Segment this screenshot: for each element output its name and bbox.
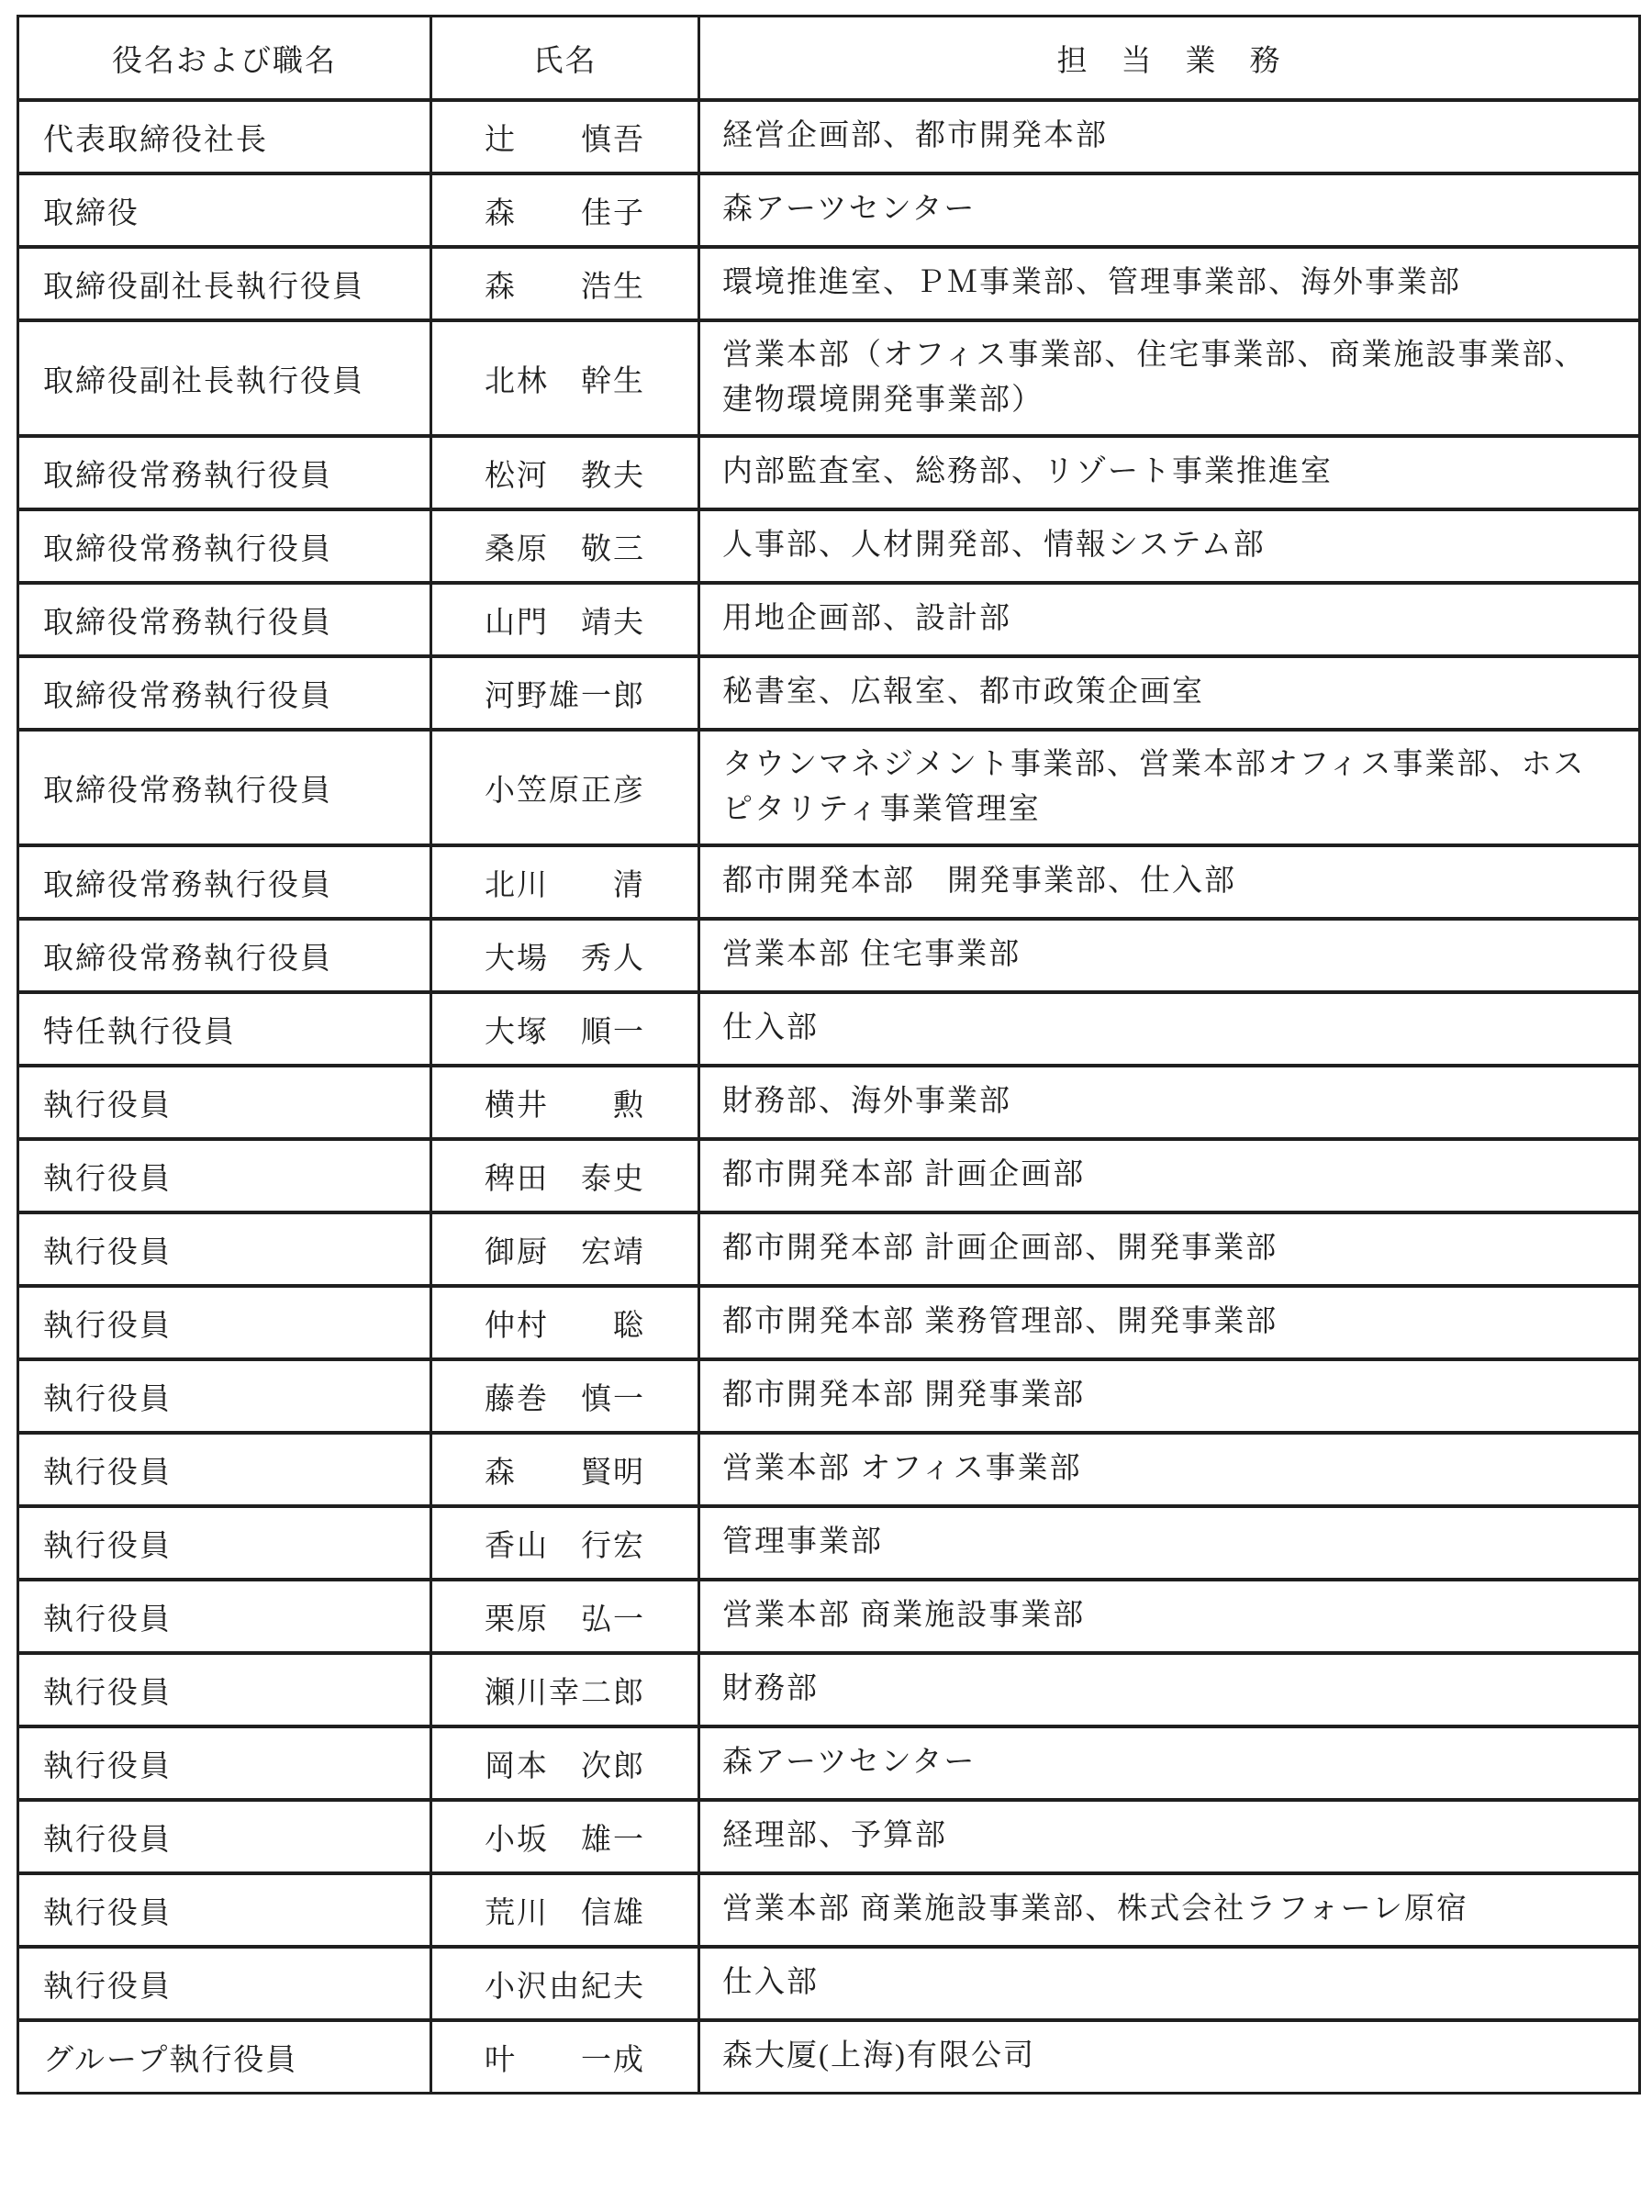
header-row: 役名および職名 氏名 担 当 業 務 [19, 17, 1638, 98]
duties-cell: 森アーツセンター [698, 1725, 1638, 1798]
name-cell: 瀬川幸二郎 [430, 1651, 698, 1725]
role-cell: 執行役員 [19, 1211, 430, 1284]
role-cell: 執行役員 [19, 1357, 430, 1431]
duties-cell: 経理部、予算部 [698, 1798, 1638, 1871]
duties-cell: 都市開発本部 計画企画部 [698, 1137, 1638, 1211]
table-body: 代表取締役社長 辻 慎吾 経営企画部、都市開発本部 取締役 森 佳子 森アーツセ… [19, 98, 1638, 2092]
duties-cell: 営業本部（オフィス事業部、住宅事業部、商業施設事業部、 建物環境開発事業部） [698, 318, 1638, 434]
role-cell: 執行役員 [19, 1725, 430, 1798]
duties-cell: 仕入部 [698, 1945, 1638, 2018]
table-row: 取締役常務執行役員 大場 秀人 営業本部 住宅事業部 [19, 917, 1638, 990]
role-cell: 取締役常務執行役員 [19, 654, 430, 728]
table-row: 執行役員 藤巻 慎一 都市開発本部 開発事業部 [19, 1357, 1638, 1431]
role-cell: 取締役常務執行役員 [19, 728, 430, 843]
role-cell: 代表取締役社長 [19, 98, 430, 172]
duties-cell: 都市開発本部 計画企画部、開発事業部 [698, 1211, 1638, 1284]
table-row: 代表取締役社長 辻 慎吾 経営企画部、都市開発本部 [19, 98, 1638, 172]
header-duties: 担 当 業 務 [698, 17, 1638, 98]
name-cell: 小沢由紀夫 [430, 1945, 698, 2018]
duties-cell: 環境推進室、ＰＭ事業部、管理事業部、海外事業部 [698, 245, 1638, 318]
role-cell: 取締役 [19, 172, 430, 245]
role-cell: 取締役常務執行役員 [19, 581, 430, 654]
role-cell: 取締役副社長執行役員 [19, 245, 430, 318]
duties-cell: 都市開発本部 開発事業部 [698, 1357, 1638, 1431]
table-row: 取締役常務執行役員 桑原 敬三 人事部、人材開発部、情報システム部 [19, 508, 1638, 581]
name-cell: 河野雄一郎 [430, 654, 698, 728]
duties-cell: 森アーツセンター [698, 172, 1638, 245]
table-row: 執行役員 瀬川幸二郎 財務部 [19, 1651, 1638, 1725]
role-cell: 取締役副社長執行役員 [19, 318, 430, 434]
name-cell: 叶 一成 [430, 2018, 698, 2092]
duties-cell: 都市開発本部 業務管理部、開発事業部 [698, 1284, 1638, 1357]
name-cell: 森 浩生 [430, 245, 698, 318]
duties-cell: 財務部 [698, 1651, 1638, 1725]
table-row: 執行役員 小坂 雄一 経理部、予算部 [19, 1798, 1638, 1871]
duties-cell: 秘書室、広報室、都市政策企画室 [698, 654, 1638, 728]
name-cell: 横井 勲 [430, 1064, 698, 1137]
duties-cell: 管理事業部 [698, 1504, 1638, 1578]
name-cell: 森 佳子 [430, 172, 698, 245]
table-row: 取締役 森 佳子 森アーツセンター [19, 172, 1638, 245]
role-cell: 執行役員 [19, 1064, 430, 1137]
name-cell: 山門 靖夫 [430, 581, 698, 654]
name-cell: 松河 教夫 [430, 434, 698, 508]
table-row: 執行役員 稗田 泰史 都市開発本部 計画企画部 [19, 1137, 1638, 1211]
name-cell: 藤巻 慎一 [430, 1357, 698, 1431]
name-cell: 小坂 雄一 [430, 1798, 698, 1871]
name-cell: 北林 幹生 [430, 318, 698, 434]
role-cell: 執行役員 [19, 1504, 430, 1578]
table-row: 特任執行役員 大塚 順一 仕入部 [19, 990, 1638, 1064]
table-row: 取締役常務執行役員 小笠原正彦 タウンマネジメント事業部、営業本部オフィス事業部… [19, 728, 1638, 843]
role-cell: 執行役員 [19, 1871, 430, 1945]
name-cell: 森 賢明 [430, 1431, 698, 1504]
duties-cell: 営業本部 商業施設事業部 [698, 1578, 1638, 1651]
role-cell: 取締役常務執行役員 [19, 843, 430, 917]
table-row: 取締役常務執行役員 北川 清 都市開発本部 開発事業部、仕入部 [19, 843, 1638, 917]
duties-cell: 営業本部 住宅事業部 [698, 917, 1638, 990]
role-cell: 取締役常務執行役員 [19, 508, 430, 581]
role-cell: 特任執行役員 [19, 990, 430, 1064]
document-sheet: 役名および職名 氏名 担 当 業 務 代表取締役社長 辻 慎吾 経営企画部、都市… [17, 15, 1641, 2095]
name-cell: 仲村 聡 [430, 1284, 698, 1357]
table-row: 執行役員 栗原 弘一 営業本部 商業施設事業部 [19, 1578, 1638, 1651]
table-row: 執行役員 香山 行宏 管理事業部 [19, 1504, 1638, 1578]
name-cell: 稗田 泰史 [430, 1137, 698, 1211]
name-cell: 北川 清 [430, 843, 698, 917]
duties-cell: 仕入部 [698, 990, 1638, 1064]
duties-cell: 人事部、人材開発部、情報システム部 [698, 508, 1638, 581]
role-cell: 取締役常務執行役員 [19, 434, 430, 508]
table-row: 執行役員 仲村 聡 都市開発本部 業務管理部、開発事業部 [19, 1284, 1638, 1357]
name-cell: 辻 慎吾 [430, 98, 698, 172]
table-row: 取締役常務執行役員 松河 教夫 内部監査室、総務部、リゾート事業推進室 [19, 434, 1638, 508]
role-cell: 執行役員 [19, 1431, 430, 1504]
role-cell: 執行役員 [19, 1651, 430, 1725]
table-row: 執行役員 荒川 信雄 営業本部 商業施設事業部、株式会社ラフォーレ原宿 [19, 1871, 1638, 1945]
role-cell: 執行役員 [19, 1137, 430, 1211]
table-row: 執行役員 小沢由紀夫 仕入部 [19, 1945, 1638, 2018]
duties-cell: 財務部、海外事業部 [698, 1064, 1638, 1137]
name-cell: 荒川 信雄 [430, 1871, 698, 1945]
table-row: 取締役副社長執行役員 北林 幹生 営業本部（オフィス事業部、住宅事業部、商業施設… [19, 318, 1638, 434]
table-row: 執行役員 横井 勲 財務部、海外事業部 [19, 1064, 1638, 1137]
name-cell: 栗原 弘一 [430, 1578, 698, 1651]
duties-cell: タウンマネジメント事業部、営業本部オフィス事業部、ホス ピタリティ事業管理室 [698, 728, 1638, 843]
header-name: 氏名 [430, 17, 698, 98]
table-row: 執行役員 森 賢明 営業本部 オフィス事業部 [19, 1431, 1638, 1504]
header-role: 役名および職名 [19, 17, 430, 98]
role-cell: 執行役員 [19, 1945, 430, 2018]
role-cell: グループ執行役員 [19, 2018, 430, 2092]
duties-cell: 営業本部 商業施設事業部、株式会社ラフォーレ原宿 [698, 1871, 1638, 1945]
name-cell: 大場 秀人 [430, 917, 698, 990]
name-cell: 桑原 敬三 [430, 508, 698, 581]
role-cell: 執行役員 [19, 1798, 430, 1871]
duties-cell: 営業本部 オフィス事業部 [698, 1431, 1638, 1504]
name-cell: 小笠原正彦 [430, 728, 698, 843]
duties-cell: 用地企画部、設計部 [698, 581, 1638, 654]
table-row: グループ執行役員 叶 一成 森大厦(上海)有限公司 [19, 2018, 1638, 2092]
table-row: 取締役副社長執行役員 森 浩生 環境推進室、ＰＭ事業部、管理事業部、海外事業部 [19, 245, 1638, 318]
table-row: 取締役常務執行役員 山門 靖夫 用地企画部、設計部 [19, 581, 1638, 654]
role-cell: 取締役常務執行役員 [19, 917, 430, 990]
officers-table: 役名および職名 氏名 担 当 業 務 代表取締役社長 辻 慎吾 経営企画部、都市… [17, 15, 1641, 2095]
table-row: 執行役員 岡本 次郎 森アーツセンター [19, 1725, 1638, 1798]
table-row: 取締役常務執行役員 河野雄一郎 秘書室、広報室、都市政策企画室 [19, 654, 1638, 728]
duties-cell: 内部監査室、総務部、リゾート事業推進室 [698, 434, 1638, 508]
duties-cell: 森大厦(上海)有限公司 [698, 2018, 1638, 2092]
name-cell: 大塚 順一 [430, 990, 698, 1064]
role-cell: 執行役員 [19, 1284, 430, 1357]
name-cell: 香山 行宏 [430, 1504, 698, 1578]
role-cell: 執行役員 [19, 1578, 430, 1651]
table-row: 執行役員 御厨 宏靖 都市開発本部 計画企画部、開発事業部 [19, 1211, 1638, 1284]
name-cell: 岡本 次郎 [430, 1725, 698, 1798]
name-cell: 御厨 宏靖 [430, 1211, 698, 1284]
duties-cell: 経営企画部、都市開発本部 [698, 98, 1638, 172]
duties-cell: 都市開発本部 開発事業部、仕入部 [698, 843, 1638, 917]
